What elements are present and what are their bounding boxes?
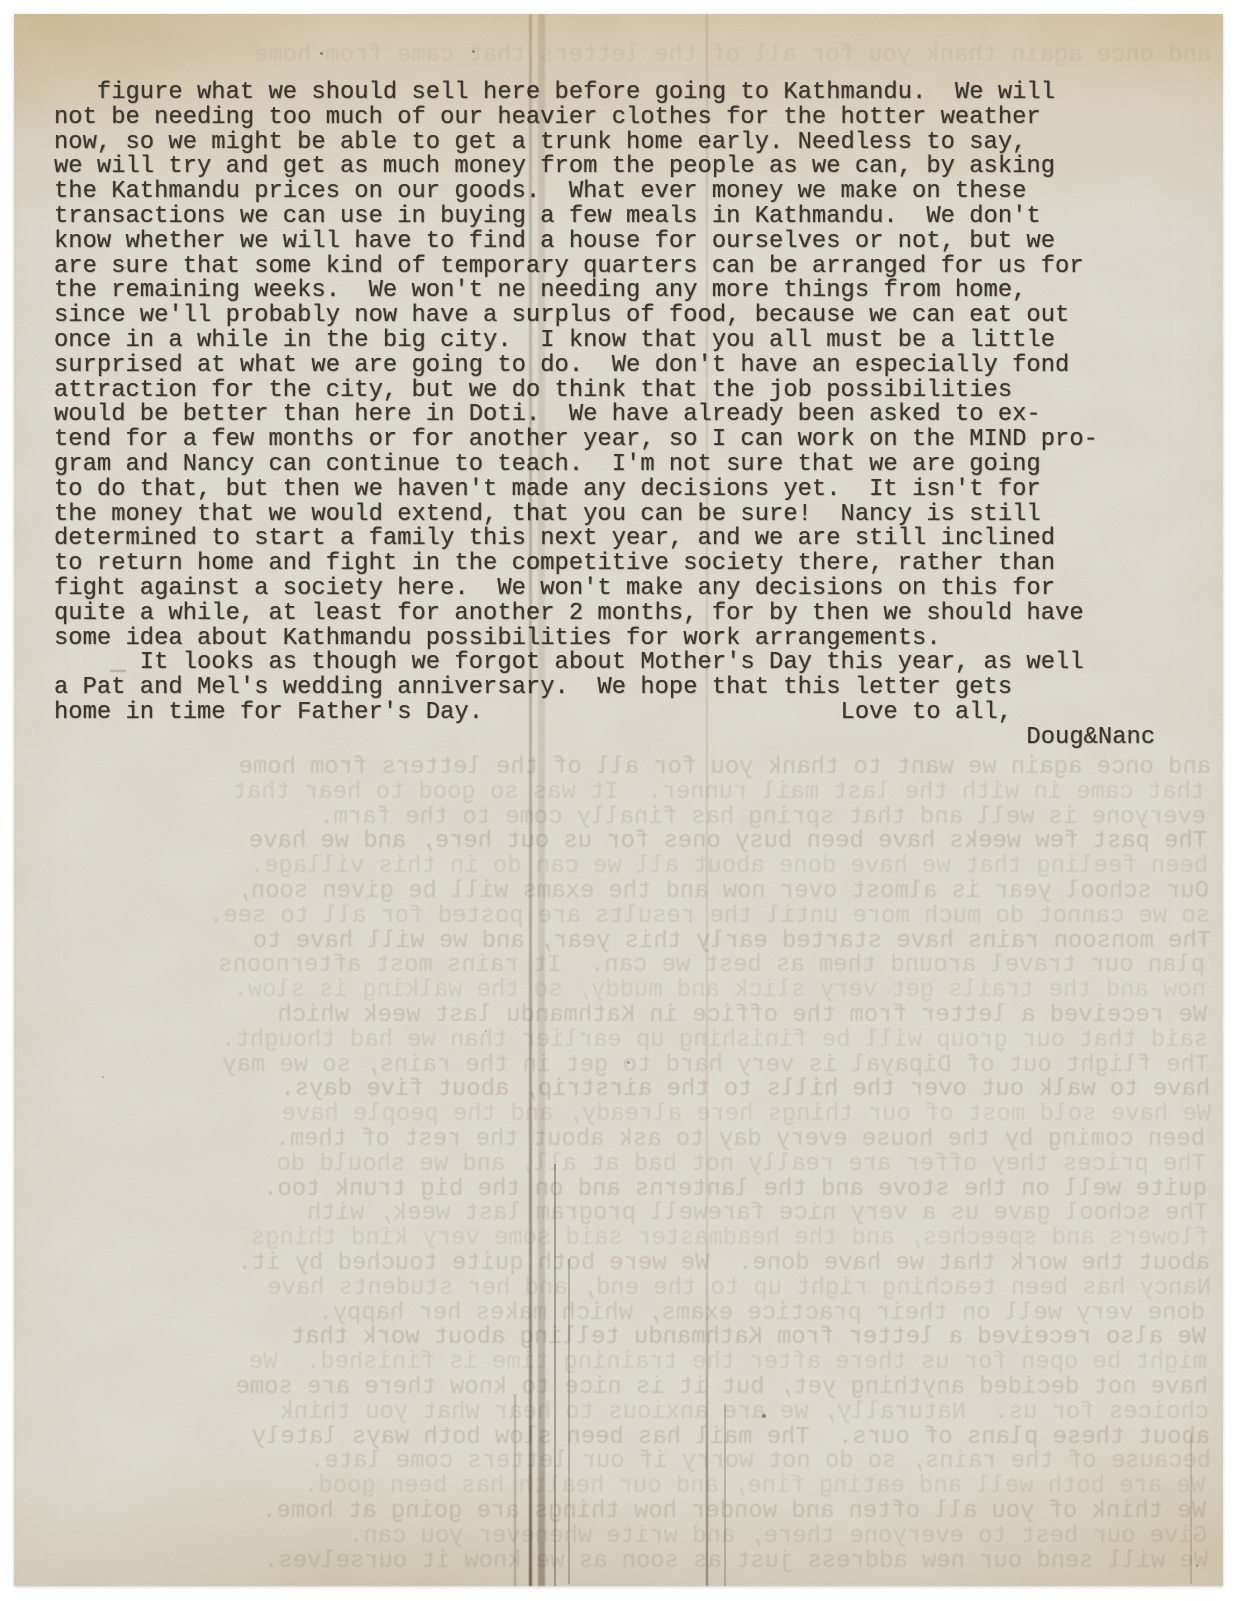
letter-page: and once again thank you for all of the …	[14, 14, 1223, 1586]
fold-streak-right-lower	[724, 1404, 726, 1586]
bleedthrough-top-line: and once again thank you for all of the …	[59, 44, 1211, 69]
scan-background: { "document": { "description": "Scanned …	[0, 0, 1237, 1601]
fold-streak-far-right	[1190, 1434, 1192, 1584]
fold-streak-lower-3	[514, 1394, 516, 1586]
fold-streak-lower-1	[554, 1164, 556, 1586]
bleedthrough-text: and once again we want to thank you for …	[59, 756, 1211, 1574]
fold-streak-lower-2	[568, 1259, 570, 1584]
letter-text: figure what we should sell here before g…	[54, 81, 1155, 751]
